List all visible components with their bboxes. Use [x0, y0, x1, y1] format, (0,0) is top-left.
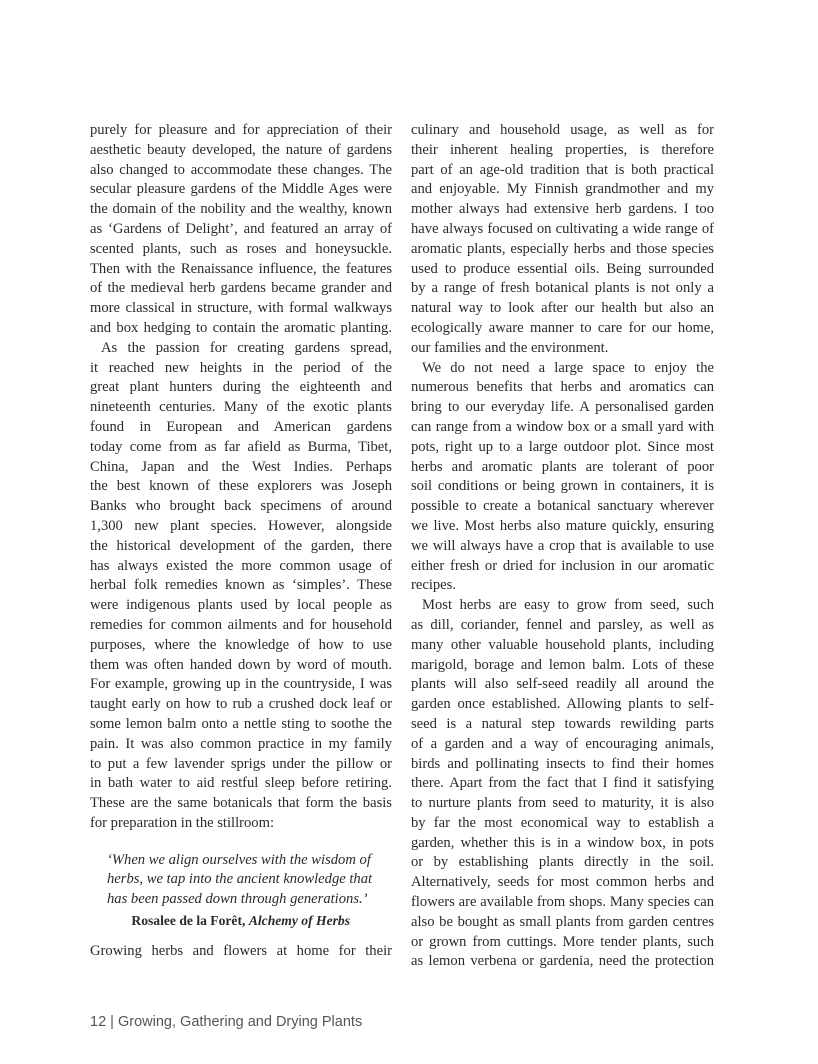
text-line: herbal folk remedies known as ‘simples’.… [90, 576, 392, 596]
quote-line: ‘When we align ourselves with the wisdom… [107, 851, 367, 871]
text-line: in bath water to aid restful sleep befor… [90, 774, 392, 794]
text-line: Banks who brought back specimens of arou… [90, 497, 392, 517]
epigraph-quote: ‘When we align ourselves with the wisdom… [107, 851, 367, 932]
text-line: today come from as far afield as Burma, … [90, 438, 392, 458]
text-line: we will always have a crop that is avail… [411, 537, 714, 557]
text-line: some lemon balm onto a nettle sting to s… [90, 715, 392, 735]
quote-line: herbs, we tap into the ancient knowledge… [107, 870, 367, 890]
text-line: to put a few lavender sprigs under the p… [90, 755, 392, 775]
text-line: secular pleasure gardens of the Middle A… [90, 180, 392, 200]
text-line: recipes. [411, 576, 714, 596]
text-line: herbs and aromatic plants are tolerant o… [411, 458, 714, 478]
text-line: found in European and American gardens [90, 418, 392, 438]
text-line: many other valuable household plants, in… [411, 636, 714, 656]
text-line: These are the same botanicals that form … [90, 794, 392, 814]
text-line: We do not need a large space to enjoy th… [411, 359, 714, 379]
text-line: the historical development of the garden… [90, 537, 392, 557]
footer-separator: | [110, 1014, 114, 1030]
text-line: Growing herbs and flowers at home for th… [90, 942, 392, 962]
right-column: culinary and household usage, as well as… [411, 121, 714, 972]
text-line: Most herbs are easy to grow from seed, s… [411, 596, 714, 616]
text-line: the best known of these explorers was Jo… [90, 477, 392, 497]
text-line: them was often handed down by word of mo… [90, 656, 392, 676]
text-line: nineteenth centuries. Many of the exotic… [90, 398, 392, 418]
text-line: taught early on how to rub a crushed doc… [90, 695, 392, 715]
text-line: to nurture plants from seed to maturity,… [411, 794, 714, 814]
text-line: mother always had extensive herb gardens… [411, 200, 714, 220]
text-line: purely for pleasure and for appreciation… [90, 121, 392, 141]
text-line: plants will also self-seed readily all a… [411, 675, 714, 695]
quote-book-title: Alchemy of Herbs [249, 913, 350, 928]
text-line: purposes, where the knowledge of how to … [90, 636, 392, 656]
text-line: our families and the environment. [411, 339, 714, 359]
text-line: by far the most economical way to establ… [411, 814, 714, 834]
text-line: bring to our everyday life. A personalis… [411, 398, 714, 418]
text-line: aromatic plants, especially herbs and th… [411, 240, 714, 260]
quote-attribution: Rosalee de la Forêt, Alchemy of Herbs [107, 910, 367, 932]
text-line: the domain of the nobility and the wealt… [90, 200, 392, 220]
text-line: pots, right up to a large outdoor plot. … [411, 438, 714, 458]
quote-line: has been passed down through generations… [107, 890, 367, 910]
text-line: as ‘Gardens of Delight’, and featured an… [90, 220, 392, 240]
text-line: used to produce essential oils. Being su… [411, 260, 714, 280]
paragraph: Most herbs are easy to grow from seed, s… [411, 596, 714, 972]
text-line: as dill, coriander, fennel and parsley, … [411, 616, 714, 636]
text-line: aesthetic beauty developed, the nature o… [90, 141, 392, 161]
text-line: of the medieval herb gardens became gran… [90, 279, 392, 299]
text-line: part of an age-old tradition that is bot… [411, 161, 714, 181]
text-line: possible to create a botanical sanctuary… [411, 497, 714, 517]
text-line: culinary and household usage, as well as… [411, 121, 714, 141]
text-line: Alternatively, seeds for most common her… [411, 873, 714, 893]
chapter-title: Growing, Gathering and Drying Plants [118, 1014, 362, 1030]
text-line: we live. Most herbs also mature quickly,… [411, 517, 714, 537]
text-line: of a garden and a way of encouraging ani… [411, 735, 714, 755]
text-line: numerous benefits that herbs and aromati… [411, 378, 714, 398]
text-line: can range from a window box or a small y… [411, 418, 714, 438]
text-line: and enjoyable. My Finnish grandmother an… [411, 180, 714, 200]
text-line: or by establishing plants directly in th… [411, 853, 714, 873]
text-line: have always focused on cultivating a wid… [411, 220, 714, 240]
text-line: China, Japan and the West Indies. Perhap… [90, 458, 392, 478]
paragraph: As the passion for creating gardens spre… [90, 339, 392, 834]
paragraph: Growing herbs and flowers at home for th… [90, 942, 392, 962]
page-number: 12 [90, 1014, 106, 1030]
text-line: scented plants, such as roses and honeys… [90, 240, 392, 260]
text-line: also be bought as small plants from gard… [411, 913, 714, 933]
text-line: for preparation in the stillroom: [90, 814, 392, 834]
left-column: purely for pleasure and for appreciation… [90, 121, 392, 962]
quote-author: Rosalee de la Forêt, [131, 913, 245, 928]
text-line: were indigenous plants used by local peo… [90, 596, 392, 616]
text-line: Then with the Renaissance influence, the… [90, 260, 392, 280]
text-line: garden, whether this is in a window box,… [411, 834, 714, 854]
text-line: their inherent healing properties, is th… [411, 141, 714, 161]
text-line: it reached new heights in the period of … [90, 359, 392, 379]
text-line: natural way to look after our health but… [411, 299, 714, 319]
text-line: also changed to accommodate these change… [90, 161, 392, 181]
text-line: by a range of fresh botanical plants is … [411, 279, 714, 299]
paragraph: purely for pleasure and for appreciation… [90, 121, 392, 339]
text-line: and box hedging to contain the aromatic … [90, 319, 392, 339]
text-line: birds and pollinating insects to find th… [411, 755, 714, 775]
text-line: soil conditions or being grown in contai… [411, 477, 714, 497]
page-footer: 12 | Growing, Gathering and Drying Plant… [90, 1014, 362, 1030]
text-line: seed is a natural step towards rewilding… [411, 715, 714, 735]
text-line: As the passion for creating gardens spre… [90, 339, 392, 359]
text-line: pain. It was also common practice in my … [90, 735, 392, 755]
text-line: 1,300 new plant species. However, alongs… [90, 517, 392, 537]
text-line: has always existed the more common usage… [90, 557, 392, 577]
text-line: flowers are available from shops. Many s… [411, 893, 714, 913]
text-line: great plant hunters during the eighteent… [90, 378, 392, 398]
text-line: more classical in structure, with formal… [90, 299, 392, 319]
text-line: either fresh or dried for inclusion in o… [411, 557, 714, 577]
text-line: as lemon verbena or gardenia, need the p… [411, 952, 714, 972]
book-page: purely for pleasure and for appreciation… [0, 0, 818, 1064]
paragraph: culinary and household usage, as well as… [411, 121, 714, 359]
text-line: ecologically aware manner to care for ou… [411, 319, 714, 339]
text-line: there. Apart from the fact that I find i… [411, 774, 714, 794]
text-line: garden once established. Allowing plants… [411, 695, 714, 715]
text-line: remedies for common ailments and for hou… [90, 616, 392, 636]
text-line: marigold, borage and lemon balm. Lots of… [411, 656, 714, 676]
text-line: or grown from cuttings. More tender plan… [411, 933, 714, 953]
text-line: For example, growing up in the countrysi… [90, 675, 392, 695]
paragraph: We do not need a large space to enjoy th… [411, 359, 714, 597]
